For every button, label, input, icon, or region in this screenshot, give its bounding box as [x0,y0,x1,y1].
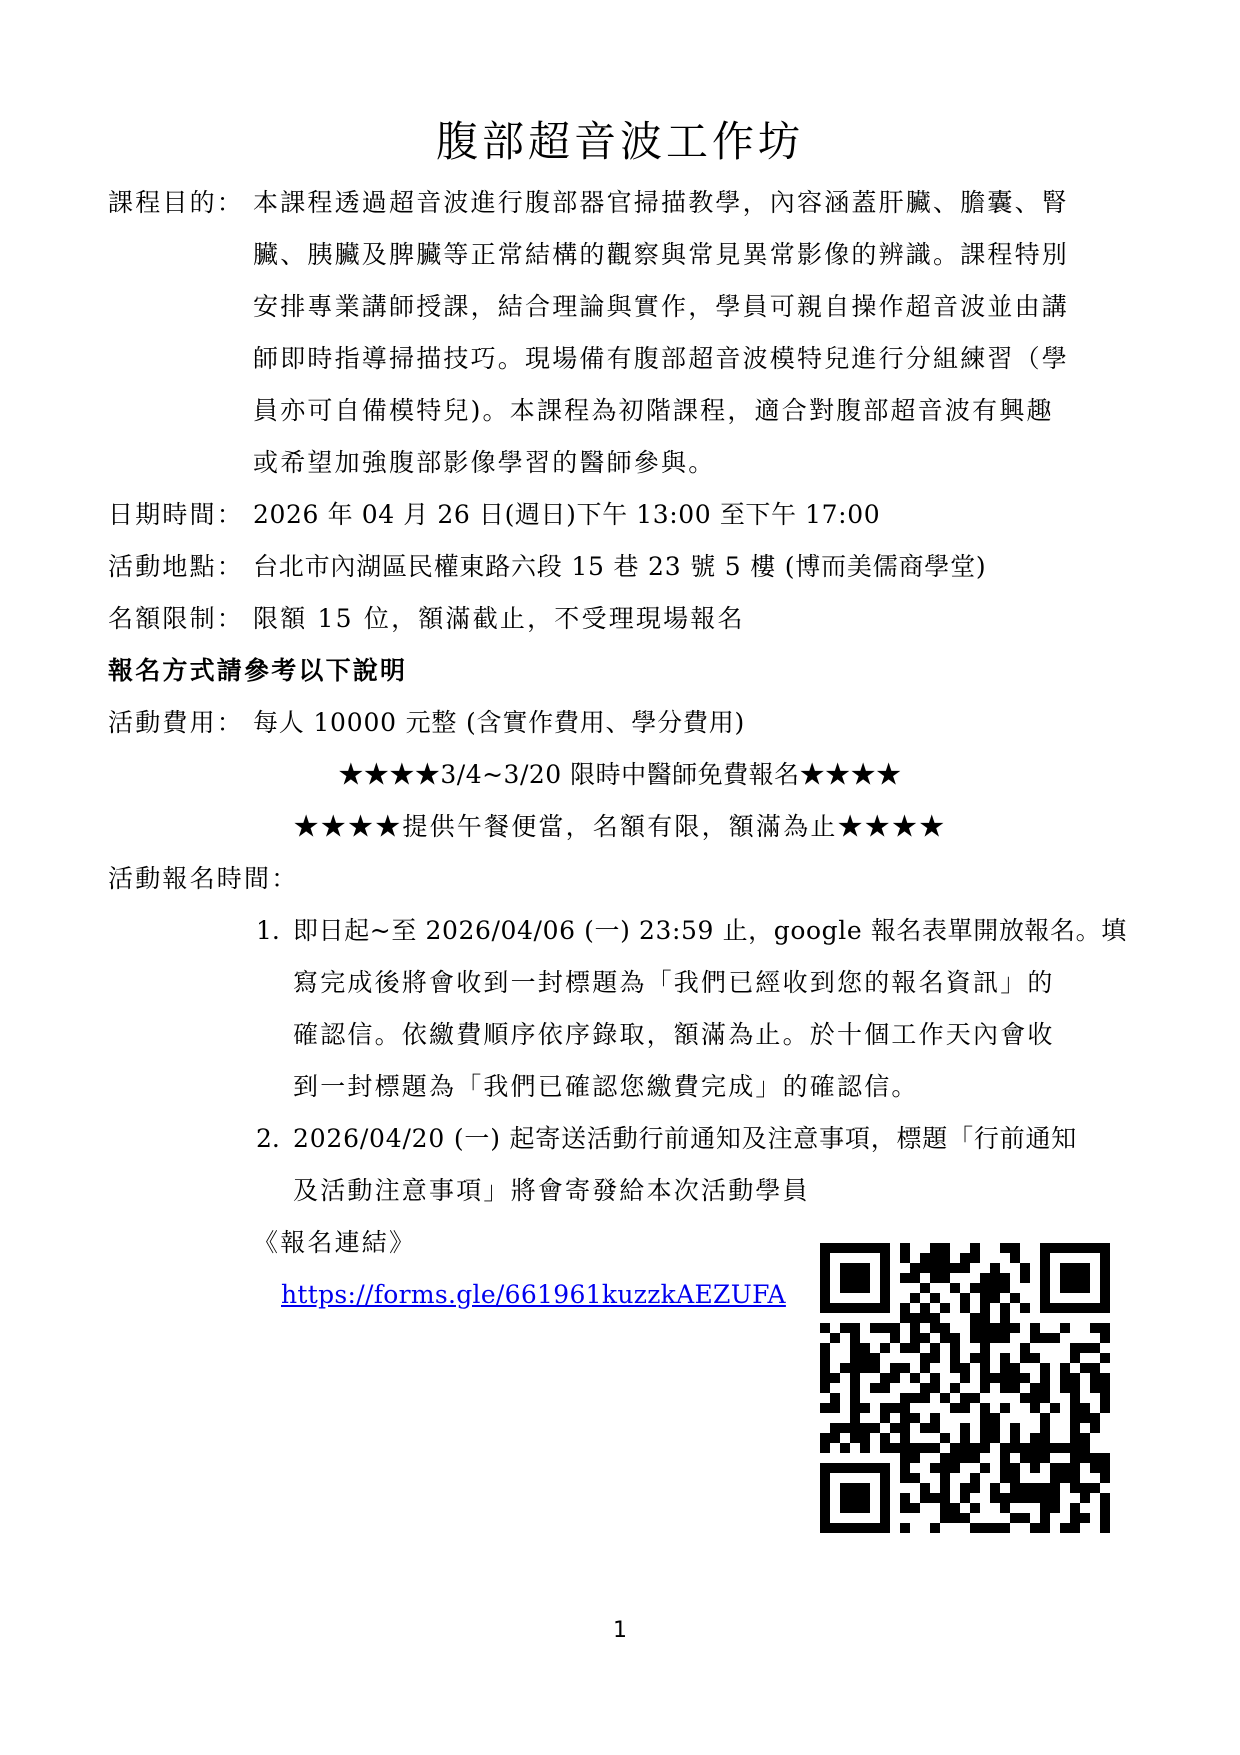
location-label: 活動地點： [108,550,244,584]
list-item-text: 寫完成後將會收到一封標題為「我們已經收到您的報名資訊」的 [293,966,1055,1000]
location-value: 台北市內湖區民權東路六段 15 巷 23 號 5 樓 (博而美儒商學堂) [253,550,986,584]
list-number: 2. [256,1122,293,1156]
list-item-text: 到一封標題為「我們已確認您繳費完成」的確認信。 [293,1070,919,1104]
list-item-text: 即日起~至 2026/04/06 (一) 23:59 止，google 報名表單… [293,916,1127,945]
purpose-line: 安排專業講師授課，結合理論與實作，學員可親自操作超音波並由講 [253,290,1069,324]
fee-value: 每人 10000 元整 (含實作費用、學分費用) [253,706,745,740]
purpose-label: 課程目的： [108,186,244,220]
purpose-line: 師即時指導掃描技巧。現場備有腹部超音波模特兒進行分組練習（學 [253,342,1069,376]
quota-label: 名額限制： [108,602,244,636]
list-item-text: 及活動注意事項」將會寄發給本次活動學員 [293,1174,810,1208]
promo-free-registration: ★★★★3/4~3/20 限時中醫師免費報名★★★★ [0,758,1240,792]
list-item-text: 2026/04/20 (一) 起寄送活動行前通知及注意事項，標題「行前通知 [293,1124,1077,1153]
list-number: 1. [256,914,293,948]
list-item: 1.即日起~至 2026/04/06 (一) 23:59 止，google 報名… [256,914,1127,948]
document-page: 腹部超音波工作坊 課程目的： 本課程透過超音波進行腹部器官掃描教學，內容涵蓋肝臟… [0,0,1240,1755]
promo-lunch: ★★★★提供午餐便當，名額有限，額滿為止★★★★ [0,810,1240,844]
page-number: 1 [0,1618,1240,1643]
purpose-line: 本課程透過超音波進行腹部器官掃描教學，內容涵蓋肝臟、膽囊、腎 [253,186,1069,220]
qr-code-icon [820,1243,1110,1533]
purpose-line: 或希望加強腹部影像學習的醫師參與。 [253,446,715,480]
registration-heading: 報名方式請參考以下說明 [108,654,407,688]
registration-link[interactable]: https://forms.gle/661961kuzzkAEZUFA [281,1278,786,1312]
list-item: 2.2026/04/20 (一) 起寄送活動行前通知及注意事項，標題「行前通知 [256,1122,1077,1156]
purpose-line: 臟、胰臟及脾臟等正常結構的觀察與常見異常影像的辨識。課程特別 [253,238,1069,272]
purpose-line: 員亦可自備模特兒)。本課程為初階課程，適合對腹部超音波有興趣 [253,394,1054,428]
registration-time-label: 活動報名時間： [108,862,298,896]
quota-value: 限額 15 位，額滿截止，不受理現場報名 [253,602,745,636]
fee-label: 活動費用： [108,706,244,740]
page-title: 腹部超音波工作坊 [0,112,1240,172]
list-item-text: 確認信。依繳費順序依序錄取，額滿為止。於十個工作天內會收 [293,1018,1055,1052]
datetime-value: 2026 年 04 月 26 日(週日)下午 13:00 至下午 17:00 [253,498,880,532]
registration-link-label: 《報名連結》 [253,1226,416,1260]
datetime-label: 日期時間： [108,498,244,532]
